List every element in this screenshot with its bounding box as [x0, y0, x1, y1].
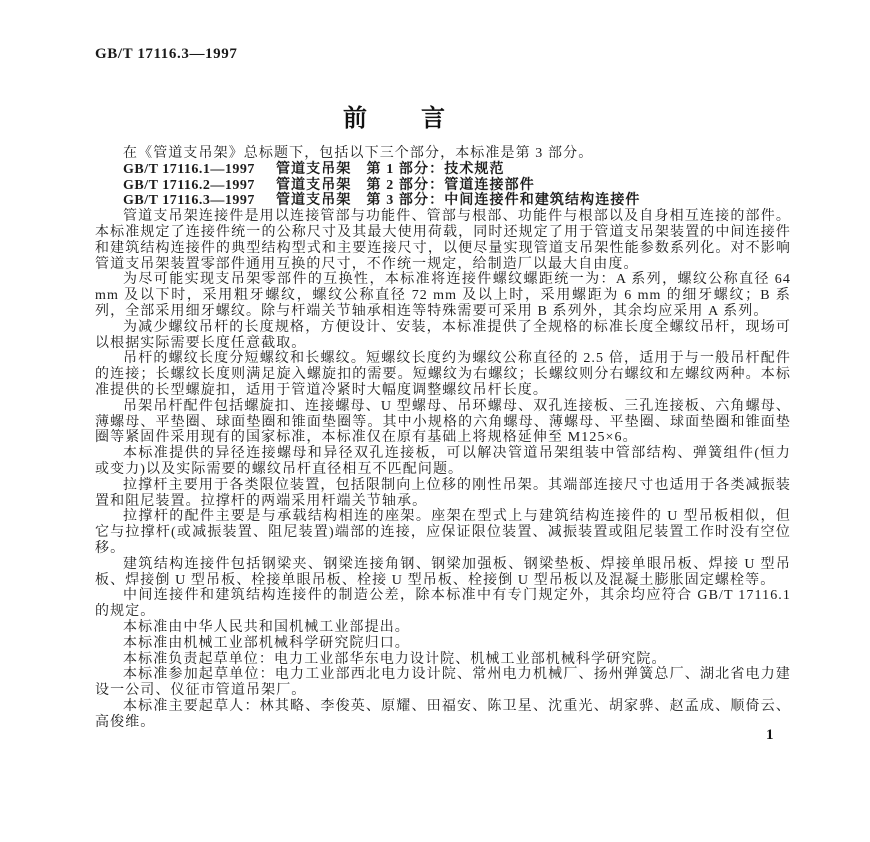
foreword-paragraph: 管道支吊架连接件是用以连接管部与功能件、管部与根部、功能件与根部以及自身相互连接… — [95, 209, 791, 272]
standard-ref-name: 管道支吊架 第 2 部分：管道连接部件 — [276, 178, 535, 193]
foreword-paragraph: 本标准由机械工业部机械科学研究院归口。 — [95, 636, 791, 652]
standard-ref-name: 管道支吊架 第 1 部分：技术规范 — [276, 162, 505, 177]
standard-ref-code: GB/T 17116.3—1997 — [123, 193, 255, 208]
foreword-paragraph: 为减少螺纹吊杆的长度规格，方便设计、安装，本标准提供了全规格的标准长度全螺纹吊杆… — [95, 320, 791, 352]
foreword-paragraph: 吊架吊杆配件包括螺旋扣、连接螺母、U 型螺母、吊环螺母、双孔连接板、三孔连接板、… — [95, 399, 791, 446]
page-title: 前 言 — [95, 98, 695, 133]
foreword-paragraph: 中间连接件和建筑结构连接件的制造公差，除本标准中有专门规定外，其余均应符合 GB… — [95, 588, 791, 620]
page-number: 1 — [766, 727, 774, 744]
standard-ref-name: 管道支吊架 第 3 部分：中间连接件和建筑结构连接件 — [276, 193, 641, 208]
foreword-paragraph: 拉撑杆的配件主要是与承载结构相连的座架。座架在型式上与建筑结构连接件的 U 型吊… — [95, 509, 791, 556]
standard-ref-code: GB/T 17116.2—1997 — [123, 178, 255, 193]
intro-paragraph: 在《管道支吊架》总标题下，包括以下三个部分，本标准是第 3 部分。 — [95, 146, 791, 162]
foreword-paragraph: 为尽可能实现支吊架零部件的互换性，本标准将连接件螺纹螺距统一为：A 系列，螺纹公… — [95, 272, 791, 319]
foreword-paragraph: 本标准负责起草单位：电力工业部华东电力设计院、机械工业部机械科学研究院。 — [95, 652, 791, 668]
foreword-paragraph: 本标准提供的异径连接螺母和异径双孔连接板，可以解决管道吊架组装中管部结构、弹簧组… — [95, 446, 791, 478]
foreword-paragraph: 建筑结构连接件包括钢梁夹、钢梁连接角钢、钢梁加强板、钢梁垫板、焊接单眼吊板、焊接… — [95, 557, 791, 589]
foreword-paragraph: 本标准参加起草单位：电力工业部西北电力设计院、常州电力机械厂、扬州弹簧总厂、湖北… — [95, 667, 791, 699]
foreword-body: 在《管道支吊架》总标题下，包括以下三个部分，本标准是第 3 部分。 GB/T 1… — [95, 146, 791, 730]
foreword-paragraph: 吊杆的螺纹长度分短螺纹和长螺纹。短螺纹长度约为螺纹公称直径的 2.5 倍，适用于… — [95, 351, 791, 398]
part-reference-2: GB/T 17116.2—1997管道支吊架 第 2 部分：管道连接部件 — [95, 178, 791, 194]
part-reference-1: GB/T 17116.1—1997管道支吊架 第 1 部分：技术规范 — [95, 162, 791, 178]
document-page: GB/T 17116.3—1997 前 言 在《管道支吊架》总标题下，包括以下三… — [0, 0, 870, 842]
foreword-paragraph: 拉撑杆主要用于各类限位装置，包括限制向上位移的刚性吊架。其端部连接尺寸也适用于各… — [95, 478, 791, 510]
foreword-paragraph: 本标准主要起草人：林其略、李俊英、原耀、田福安、陈卫星、沈重光、胡家骅、赵孟成、… — [95, 699, 791, 731]
standard-ref-code: GB/T 17116.1—1997 — [123, 162, 255, 177]
part-reference-3: GB/T 17116.3—1997管道支吊架 第 3 部分：中间连接件和建筑结构… — [95, 193, 791, 209]
foreword-paragraph: 本标准由中华人民共和国机械工业部提出。 — [95, 620, 791, 636]
standard-code: GB/T 17116.3—1997 — [95, 46, 237, 63]
